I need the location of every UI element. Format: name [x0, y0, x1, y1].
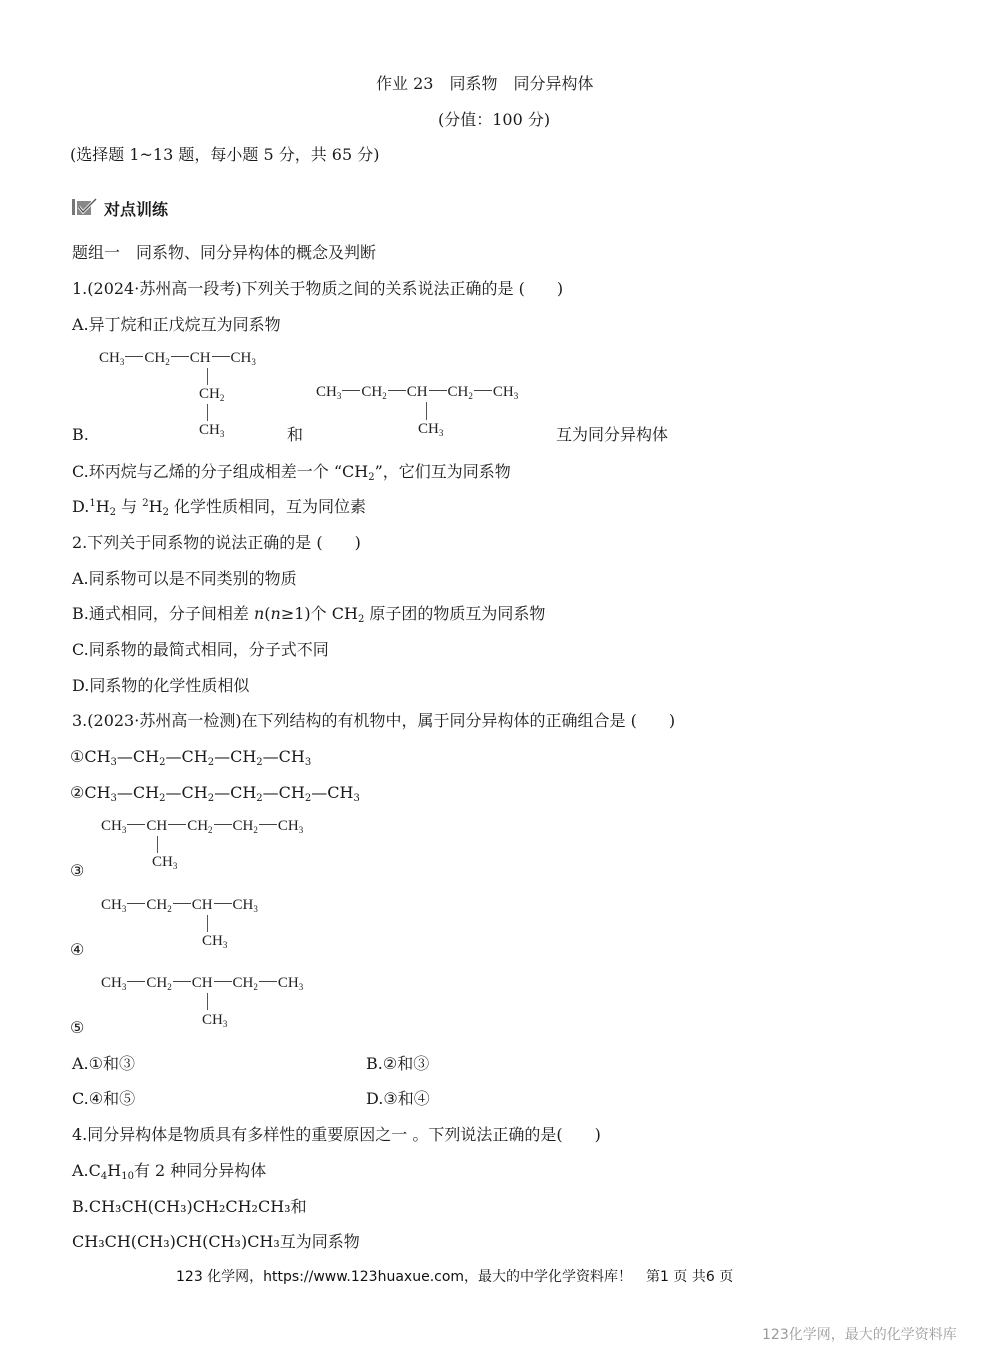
score-info: (分值：100 分) — [438, 110, 550, 130]
section-title: 对点训练 — [104, 197, 168, 220]
q3-structure-3-main: CH3CHCH2CH2CH3 — [101, 818, 303, 835]
question-4-stem: 4.同分异构体是物质具有多样性的重要原因之一 。下列说法正确的是( ) — [72, 1125, 601, 1145]
question-1-option-c: C.环丙烷与乙烯的分子组成相差一个 “CH2”，它们互为同系物 — [72, 462, 511, 482]
bond-line — [157, 836, 158, 853]
question-2-option-d: D.同系物的化学性质相似 — [72, 676, 249, 696]
question-2-stem: 2.下列关于同系物的说法正确的是 ( ) — [72, 533, 361, 553]
question-3-option-b: B.②和③ — [366, 1054, 429, 1074]
watermark: 123化学网，最大的化学资料库 — [762, 1324, 957, 1344]
q3-structure-4-main: CH3CH2CHCH3 — [101, 897, 258, 914]
q3-structure-5-label: ⑤ — [70, 1018, 84, 1038]
q3-structure-1: ①CH3—CH2—CH2—CH2—CH3 — [70, 747, 311, 767]
question-1-option-a: A.异丁烷和正戊烷互为同系物 — [72, 315, 281, 335]
question-2-option-c: C.同系物的最简式相同，分子式不同 — [72, 640, 329, 660]
question-1-option-b-suffix: 互为同分异构体 — [556, 425, 668, 445]
question-3-option-d: D.③和④ — [366, 1089, 430, 1109]
bond-line — [207, 404, 208, 421]
question-1-option-d: D.1H2 与 2H2 化学性质相同，互为同位素 — [72, 497, 366, 517]
question-4-option-a: A.C4H10有 2 种同分异构体 — [72, 1161, 266, 1181]
question-3-option-a: A.①和③ — [72, 1054, 135, 1074]
q1-structure-left-branch-ch3: CH3 — [199, 422, 224, 439]
q3-structure-4-label: ④ — [70, 940, 84, 960]
bond-line — [207, 368, 208, 385]
question-1-option-b-and: 和 — [287, 425, 303, 445]
checkbox-icon — [72, 198, 100, 216]
page-title: 作业 23 同系物 同分异构体 — [376, 74, 593, 94]
bond-line — [207, 915, 208, 932]
q3-structure-5-branch: CH3 — [202, 1012, 227, 1029]
q1-structure-left-main: CH3CH2CHCH3 — [99, 350, 256, 367]
q3-structure-3-label: ③ — [70, 861, 84, 881]
bond-line — [207, 993, 208, 1010]
q3-structure-3-branch: CH3 — [152, 854, 177, 871]
instruction-text: (选择题 1~13 题，每小题 5 分，共 65 分) — [70, 145, 380, 165]
q1-structure-right-branch: CH3 — [418, 421, 443, 438]
q3-structure-4-branch: CH3 — [202, 933, 227, 950]
bond-line — [426, 402, 427, 420]
q1-structure-left-branch-ch2: CH2 — [199, 386, 224, 403]
question-3-stem: 3.(2023·苏州高一检测)在下列结构的有机物中，属于同分异构体的正确组合是 … — [72, 711, 675, 731]
q3-structure-5-main: CH3CH2CHCH2CH3 — [101, 975, 303, 992]
question-4-option-b-line2: CH₃CH(CH₃)CH(CH₃)CH₃互为同系物 — [72, 1232, 360, 1252]
question-1-option-b-label: B. — [72, 425, 89, 445]
question-group-title: 题组一 同系物、同分异构体的概念及判断 — [72, 243, 376, 263]
question-3-option-c: C.④和⑤ — [72, 1089, 135, 1109]
question-4-option-b-line1: B.CH₃CH(CH₃)CH₂CH₂CH₃和 — [72, 1197, 307, 1217]
q1-structure-right-main: CH3CH2CHCH2CH3 — [316, 384, 518, 401]
question-1-stem: 1.(2024·苏州高一段考)下列关于物质之间的关系说法正确的是 ( ) — [72, 279, 563, 299]
question-2-option-a: A.同系物可以是不同类别的物质 — [72, 569, 297, 589]
q3-structure-2: ②CH3—CH2—CH2—CH2—CH2—CH3 — [70, 783, 360, 803]
page-footer: 123 化学网，https://www.123huaxue.com，最大的中学化… — [176, 1266, 733, 1286]
question-2-option-b: B.通式相同，分子间相差 n(n≥1)个 CH2 原子团的物质互为同系物 — [72, 604, 545, 624]
